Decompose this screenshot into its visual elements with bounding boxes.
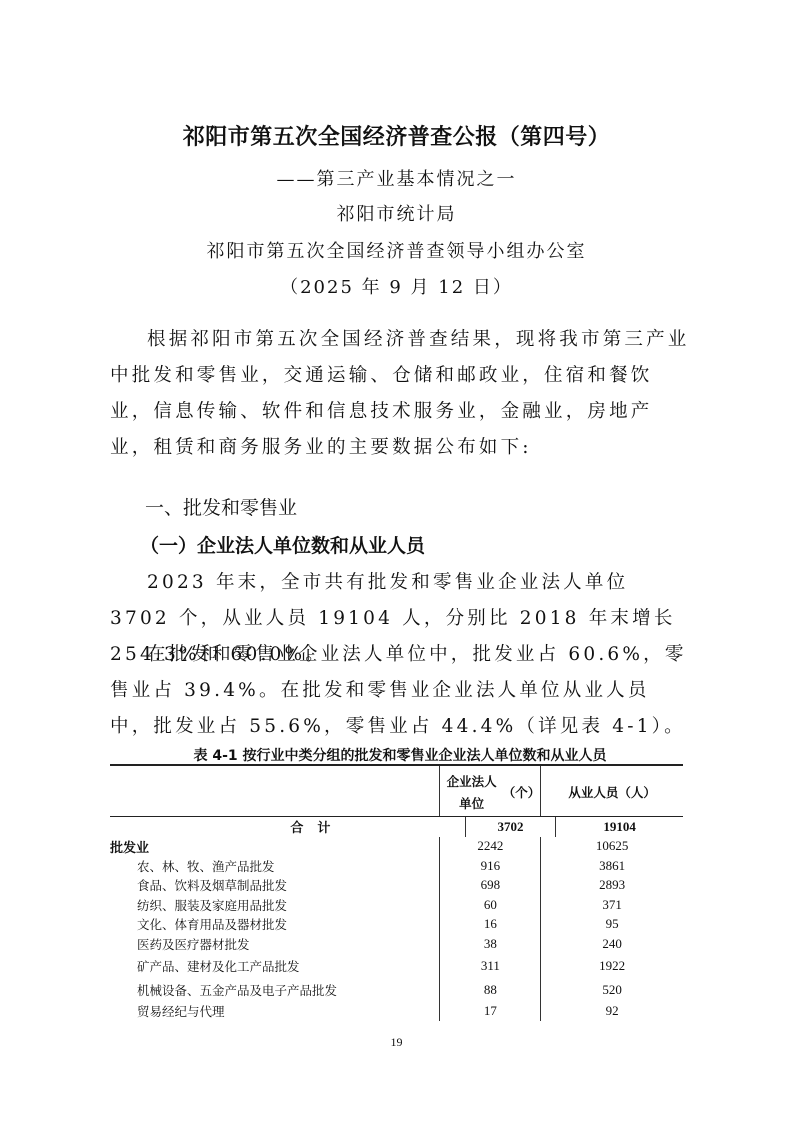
table-row: 矿产品、建材及化工产品批发 311 1922 xyxy=(110,954,683,979)
cell-employees: 3861 xyxy=(540,856,683,876)
cell-units: 60 xyxy=(439,895,540,915)
body-paragraph-2: 在批发和零售业企业法人单位中，批发业占 60.6%，零售业占 39.4%。在批发… xyxy=(110,637,690,745)
table-row: 贸易经纪与代理 17 92 xyxy=(110,1002,683,1022)
header-units: 企业法人单位 （个） xyxy=(439,766,540,816)
header-employees-unit: （人） xyxy=(618,782,656,804)
cell-employees: 371 xyxy=(540,895,683,915)
cell-employees: 520 xyxy=(540,979,683,1002)
cell-units: 698 xyxy=(439,876,540,896)
cell-units: 2242 xyxy=(439,837,540,857)
table-header-row: 企业法人单位 （个） 从业人员 （人） xyxy=(110,766,683,817)
row-label: 医药及医疗器材批发 xyxy=(110,935,439,953)
row-label: 合计 xyxy=(110,817,465,836)
cell-units: 3702 xyxy=(465,817,555,837)
cell-units: 88 xyxy=(439,979,540,1002)
cell-employees: 92 xyxy=(540,1002,683,1022)
cell-units: 916 xyxy=(439,856,540,876)
header-units-unit: （个） xyxy=(503,782,541,804)
cell-units: 38 xyxy=(439,934,540,954)
cell-units: 311 xyxy=(439,954,540,979)
issuer-statistics-bureau: 祁阳市统计局 xyxy=(0,200,793,226)
cell-units: 16 xyxy=(439,915,540,935)
document-title: 祁阳市第五次全国经济普查公报（第四号） xyxy=(0,120,793,151)
row-label: 纺织、服装及家庭用品批发 xyxy=(110,896,439,914)
row-label: 机械设备、五金产品及电子产品批发 xyxy=(110,981,439,999)
header-employees: 从业人员 （人） xyxy=(540,766,683,816)
row-label: 贸易经纪与代理 xyxy=(110,1002,439,1020)
table-row: 机械设备、五金产品及电子产品批发 88 520 xyxy=(110,979,683,1002)
cell-employees: 95 xyxy=(540,915,683,935)
page-number: 19 xyxy=(0,1035,793,1050)
issuer-census-office: 祁阳市第五次全国经济普查领导小组办公室 xyxy=(0,237,793,263)
subsection-heading: （一）企业法人单位数和从业人员 xyxy=(140,531,425,558)
document-subtitle: ——第三产业基本情况之一 xyxy=(0,165,793,191)
table-row: 文化、体育用品及器材批发 16 95 xyxy=(110,915,683,935)
cell-units: 17 xyxy=(439,1002,540,1022)
table-row-category: 批发业 2242 10625 xyxy=(110,837,683,857)
section-heading: 一、批发和零售业 xyxy=(145,493,297,520)
table-row: 医药及医疗器材批发 38 240 xyxy=(110,934,683,954)
table-row: 纺织、服装及家庭用品批发 60 371 xyxy=(110,895,683,915)
header-units-label: 企业法人单位 xyxy=(440,771,502,815)
table-caption: 表 4-1 按行业中类分组的批发和零售业企业法人单位数和从业人员 xyxy=(110,745,690,765)
publication-date: （2025 年 9 月 12 日） xyxy=(0,273,793,299)
data-table: 企业法人单位 （个） 从业人员 （人） 合计 3702 19104 批发业 22… xyxy=(110,764,683,1021)
table-row: 农、林、牧、渔产品批发 916 3861 xyxy=(110,856,683,876)
row-label: 批发业 xyxy=(110,837,439,856)
cell-employees: 19104 xyxy=(555,817,683,837)
cell-employees: 2893 xyxy=(540,876,683,896)
row-label: 食品、饮料及烟草制品批发 xyxy=(110,876,439,894)
intro-paragraph: 根据祁阳市第五次全国经济普查结果，现将我市第三产业中批发和零售业，交通运输、仓储… xyxy=(110,322,690,466)
header-employees-label: 从业人员 xyxy=(568,782,618,804)
table-row-total: 合计 3702 19104 xyxy=(110,817,683,837)
row-label: 文化、体育用品及器材批发 xyxy=(110,915,439,933)
row-label: 农、林、牧、渔产品批发 xyxy=(110,857,439,875)
cell-employees: 1922 xyxy=(540,954,683,979)
cell-employees: 10625 xyxy=(540,837,683,857)
row-label: 矿产品、建材及化工产品批发 xyxy=(110,957,439,975)
header-blank-cell xyxy=(110,766,439,816)
cell-employees: 240 xyxy=(540,934,683,954)
table-row: 食品、饮料及烟草制品批发 698 2893 xyxy=(110,876,683,896)
